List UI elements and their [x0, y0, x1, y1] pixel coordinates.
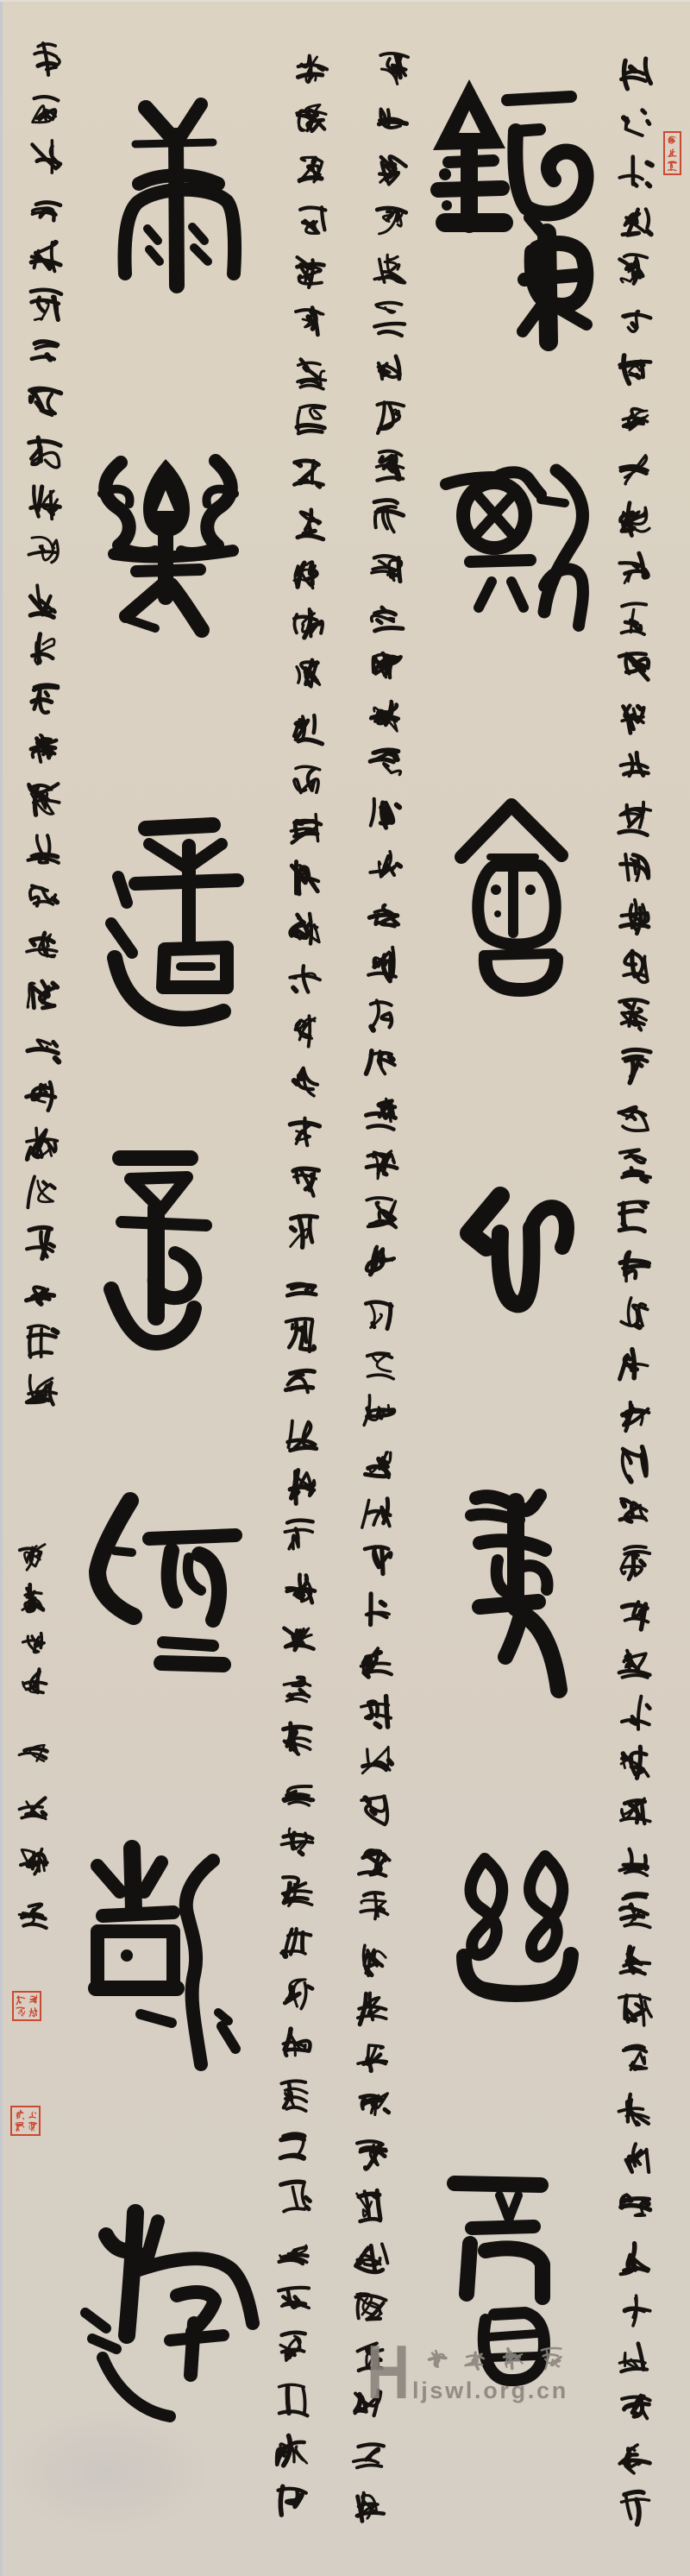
couplet-right-char-3: 會 — [460, 803, 563, 993]
watermark-site-name: 臻藝天地 — [418, 2344, 570, 2375]
glyph — [623, 1447, 646, 1482]
glyph — [542, 2348, 561, 2369]
couplet-left-char-2: 樂 — [95, 459, 239, 632]
glyph — [624, 951, 648, 982]
glyph — [622, 2396, 649, 2419]
couplet-right-char-6: 幽 — [459, 1855, 573, 2000]
glyph — [370, 1000, 392, 1030]
glyph — [379, 156, 406, 184]
glyph — [619, 255, 647, 284]
glyph — [286, 1319, 315, 1351]
glyph — [354, 2444, 384, 2468]
glyph — [279, 2245, 308, 2264]
couplet-right-char-5: 多 — [467, 1491, 565, 1692]
seal-signature-1 — [12, 1991, 41, 2021]
brush-character — [108, 1151, 209, 1349]
glyph — [358, 1993, 386, 2025]
glyph — [284, 1678, 310, 1702]
glyph — [291, 814, 321, 843]
glyph — [363, 1945, 386, 1975]
glyph — [621, 2195, 650, 2215]
glyph — [379, 110, 407, 129]
glyph — [367, 1247, 394, 1275]
scroll-top-edge — [0, 0, 690, 2]
glyph — [290, 966, 320, 992]
scroll-left-edge — [0, 0, 3, 2576]
glyph — [367, 1198, 396, 1227]
glyph — [29, 2112, 36, 2118]
brush-strokes — [15, 35, 72, 1415]
glyph — [285, 1370, 314, 1392]
glyph — [621, 503, 649, 536]
glyph — [621, 1798, 650, 1823]
glyph — [374, 255, 405, 283]
glyph — [360, 2093, 388, 2114]
brush-character — [106, 820, 240, 1025]
glyph — [20, 1545, 45, 1571]
glyph — [32, 141, 60, 173]
seal-inscription — [666, 134, 679, 173]
glyph — [28, 1326, 57, 1357]
glyph — [27, 933, 57, 957]
glyph — [361, 1893, 387, 1919]
glyph — [620, 1893, 650, 1927]
glyph — [291, 1216, 317, 1248]
glyph — [622, 1697, 649, 1729]
glyph — [292, 861, 318, 893]
glyph — [285, 1980, 312, 2009]
glyph — [430, 2351, 446, 2366]
glyph — [624, 2046, 647, 2069]
glyph — [281, 1829, 312, 1855]
glyph — [623, 1602, 649, 1629]
glyph — [27, 1227, 53, 1258]
seal-inscription — [27, 2108, 39, 2133]
glyph — [623, 409, 648, 431]
glyph — [21, 1849, 47, 1874]
inscription-column-4: 發揮成而流出於厚重行中道近日筆出寫此聯力求達到自然趣味性 — [15, 35, 72, 1415]
glyph — [361, 1796, 388, 1824]
couplet-left-char-3: 適 — [106, 820, 240, 1025]
glyph — [622, 1402, 649, 1431]
glyph — [32, 684, 58, 713]
glyph — [29, 2008, 37, 2017]
glyph — [355, 2244, 387, 2272]
glyph — [358, 2045, 386, 2071]
calligraphy-scroll: 鍾期會心多幽賞康樂適意而清游此作以黃賓虹先生集字金文而爲書深入汲取牆盤金文的古拙… — [0, 0, 690, 2576]
glyph — [281, 2081, 307, 2111]
watermark: H 臻藝天地 ljswl.org.cn — [367, 2340, 574, 2409]
glyph — [621, 1546, 649, 1579]
glyph — [279, 2384, 308, 2415]
glyph — [283, 2029, 310, 2056]
glyph — [27, 1082, 55, 1111]
glyph — [374, 500, 404, 532]
brush-character — [433, 79, 592, 343]
glyph — [294, 609, 323, 638]
couplet-left-char-7: 游 — [80, 2209, 256, 2422]
glyph — [294, 766, 320, 793]
couplet-right-char-4: 心 — [464, 1194, 569, 1311]
glyph — [291, 914, 320, 944]
glyph — [380, 54, 408, 85]
glyph — [280, 2134, 304, 2159]
glyph — [357, 2493, 384, 2522]
seal-inscription — [14, 2108, 26, 2133]
signature-name: 平湖叟書 — [7, 1729, 59, 1940]
glyph — [620, 1252, 649, 1282]
seal-inscription — [15, 1993, 27, 2019]
glyph — [619, 1107, 648, 1131]
glyph — [300, 207, 326, 233]
glyph — [34, 43, 60, 75]
glyph — [620, 1149, 650, 1181]
glyph — [283, 1723, 310, 1754]
couplet-left-char-6: 清 — [92, 1849, 239, 2065]
glyph — [284, 1786, 313, 1805]
brush-character — [459, 1855, 573, 2000]
glyph — [294, 1068, 317, 1096]
glyph — [622, 706, 643, 734]
brush-strokes — [7, 1536, 59, 1704]
seal-top-right — [663, 131, 681, 175]
glyph — [668, 149, 676, 156]
glyph — [621, 2244, 649, 2274]
brush-strokes — [27, 2108, 39, 2133]
brush-strokes — [15, 1993, 27, 2019]
glyph — [367, 1352, 393, 1378]
glyph — [27, 1376, 56, 1405]
glyph — [297, 406, 325, 434]
glyph — [32, 634, 54, 664]
glyph — [370, 750, 401, 775]
glyph — [30, 585, 55, 617]
glyph — [31, 242, 60, 272]
glyph — [30, 885, 57, 906]
glyph — [296, 307, 323, 335]
brush-strokes — [609, 47, 661, 2533]
brush-character — [464, 1194, 569, 1311]
glyph — [619, 553, 648, 583]
glyph — [16, 1996, 24, 2005]
glyph — [361, 1648, 392, 1677]
brush-character — [92, 1849, 239, 2065]
glyph — [620, 1499, 647, 1522]
brush-character — [123, 101, 239, 287]
glyph — [281, 1929, 310, 1956]
glyph — [466, 2352, 484, 2369]
glyph — [16, 2007, 25, 2016]
glyph — [374, 302, 405, 335]
glyph — [29, 438, 61, 468]
glyph — [28, 1040, 59, 1061]
brush-character — [92, 1489, 239, 1678]
couplet-right-char-2: 期 — [444, 465, 586, 629]
couplet-right-char-1: 鍾 — [433, 79, 592, 343]
glyph — [298, 510, 323, 539]
glyph — [22, 1669, 46, 1692]
glyph — [279, 2288, 310, 2308]
brush-character — [467, 1491, 565, 1692]
glyph — [359, 1850, 389, 1876]
inscription-column-2: 意中逐漸而能自己描寫的表現形式與藝術風格而運筆既有了金文的厚重亦兼甲骨文的刻痕力… — [342, 45, 418, 2531]
glyph — [620, 1350, 648, 1379]
glyph — [621, 2491, 649, 2524]
brush-character — [80, 2209, 256, 2422]
brush-character — [460, 803, 563, 993]
glyph — [293, 1168, 319, 1196]
couplet-left-char-4: 意 — [108, 1151, 209, 1349]
glyph — [368, 948, 396, 981]
glyph — [28, 784, 60, 815]
glyph — [294, 715, 323, 744]
glyph — [619, 1202, 648, 1231]
glyph — [377, 402, 404, 433]
glyph — [33, 97, 59, 123]
glyph — [623, 311, 650, 331]
glyph — [619, 999, 648, 1030]
glyph — [288, 1421, 317, 1451]
glyph — [622, 603, 647, 634]
signature-date: 乙巳秋日 — [7, 1536, 59, 1704]
glyph — [621, 59, 650, 89]
glyph — [30, 388, 61, 415]
glyph — [28, 835, 59, 863]
glyph — [378, 356, 400, 380]
glyph — [298, 359, 326, 388]
glyph — [297, 104, 326, 131]
glyph — [362, 1747, 392, 1773]
glyph — [373, 653, 401, 677]
glyph — [31, 487, 60, 520]
glyph — [16, 2122, 23, 2131]
glyph — [624, 2296, 650, 2326]
glyph — [619, 2445, 649, 2473]
glyph — [621, 1747, 649, 1778]
glyph — [297, 660, 320, 687]
glyph — [364, 1395, 394, 1426]
brush-character — [444, 465, 586, 629]
glyph — [22, 1584, 44, 1611]
glyph — [623, 1049, 650, 1082]
glyph — [355, 2294, 386, 2320]
glyph — [19, 1798, 46, 1819]
glyph — [278, 2486, 306, 2515]
glyph — [372, 608, 404, 632]
glyph — [371, 702, 398, 732]
glyph — [668, 161, 677, 171]
glyph — [28, 981, 57, 1008]
glyph — [295, 1016, 315, 1047]
glyph — [365, 1452, 390, 1477]
glyph — [619, 2094, 649, 2126]
glyph — [371, 799, 400, 828]
glyph — [29, 2122, 37, 2131]
glyph — [621, 900, 649, 934]
glyph — [619, 653, 649, 679]
glyph — [624, 110, 649, 135]
glyph — [366, 1594, 389, 1625]
glyph — [280, 2333, 305, 2361]
brush-character — [95, 459, 239, 632]
glyph — [377, 208, 406, 234]
glyph — [621, 1947, 649, 1974]
glyph — [619, 803, 651, 835]
brush-strokes — [7, 1729, 59, 1940]
glyph — [283, 1877, 312, 1906]
glyph — [668, 136, 675, 143]
glyph — [619, 1994, 651, 2025]
seal-inscription — [28, 1993, 40, 2019]
watermark-logo-letter: H — [367, 2334, 410, 2410]
glyph — [16, 2110, 23, 2119]
glyph — [299, 157, 323, 182]
glyph — [31, 734, 56, 762]
glyph — [365, 1546, 392, 1573]
glyph — [32, 202, 60, 220]
glyph — [367, 1150, 397, 1179]
watermark-domain: ljswl.org.cn — [412, 2379, 568, 2403]
glyph — [362, 1498, 391, 1527]
seal-signature-2 — [10, 2106, 41, 2136]
paper-stain — [9, 2412, 207, 2533]
inscription-column-1: 鍾期會心多幽賞康樂適意而清游此作以黃賓虹先生集字金文而爲書深入汲取牆盤金文的古拙… — [609, 47, 661, 2533]
glyph — [356, 2190, 380, 2221]
couplet-left-char-1: 康 — [123, 101, 239, 287]
glyph — [620, 356, 651, 384]
inscription-column-3: 藝術效果此作品不僅是心境的表寫與康樂之情的寄興在筆法上亦追溯力釋玉箸追從如錐畫沙… — [266, 43, 339, 2526]
glyph — [285, 1520, 312, 1548]
glyph — [23, 1634, 45, 1653]
glyph — [19, 1745, 47, 1761]
glyph — [31, 290, 61, 320]
glyph — [290, 1118, 319, 1146]
glyph — [284, 1628, 314, 1650]
glyph — [28, 1176, 54, 1207]
glyph — [369, 905, 398, 927]
glyph — [619, 157, 651, 186]
glyph — [367, 1051, 395, 1074]
brush-strokes — [266, 43, 339, 2526]
glyph — [619, 2344, 647, 2371]
glyph — [372, 556, 402, 582]
glyph — [19, 1904, 46, 1928]
glyph — [294, 561, 317, 588]
glyph — [621, 854, 649, 880]
glyph — [619, 1849, 647, 1876]
glyph — [620, 456, 648, 484]
glyph — [29, 1995, 36, 2003]
glyph — [280, 2182, 310, 2212]
glyph — [28, 537, 58, 562]
glyph — [297, 257, 323, 287]
glyph — [290, 1471, 315, 1504]
glyph — [27, 1128, 57, 1160]
glyph — [287, 1284, 316, 1296]
glyph — [626, 2144, 649, 2172]
glyph — [277, 2435, 307, 2466]
glyph — [357, 2141, 386, 2169]
brush-strokes — [342, 45, 418, 2531]
glyph — [294, 461, 323, 488]
brush-strokes — [28, 1993, 40, 2019]
brush-strokes — [666, 134, 679, 173]
glyph — [619, 1651, 650, 1678]
glyph — [27, 1287, 54, 1304]
glyph — [298, 56, 327, 83]
couplet-left-char-5: 而 — [92, 1489, 239, 1678]
brush-strokes — [14, 2108, 26, 2133]
glyph — [32, 342, 58, 360]
glyph — [286, 1575, 315, 1603]
glyph — [366, 1099, 395, 1129]
brush-strokes — [418, 2344, 570, 2375]
glyph — [361, 1696, 392, 1727]
glyph — [370, 851, 400, 877]
glyph — [376, 450, 403, 481]
glyph — [504, 2349, 523, 2369]
glyph — [623, 209, 651, 235]
glyph — [366, 1302, 392, 1329]
glyph — [621, 753, 649, 776]
glyph — [621, 1298, 647, 1327]
